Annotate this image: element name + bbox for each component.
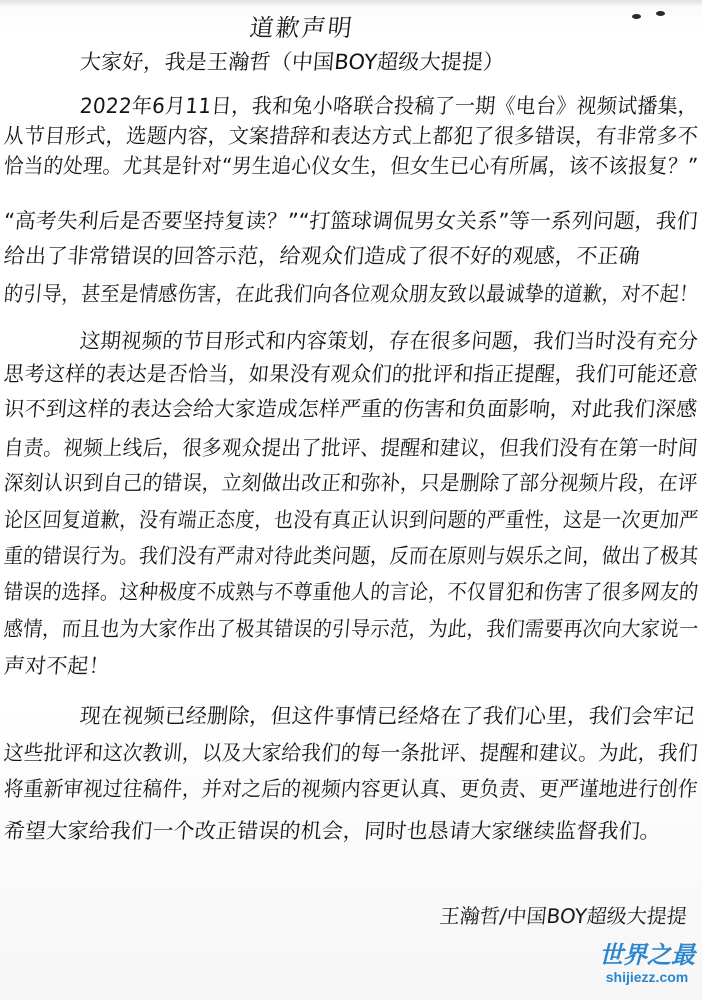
site-watermark: 世界之最 shijiezz.com [592, 942, 702, 986]
letter-line: “高考失利后是否要坚持复读？”“打篮球调侃男女关系”等一系列问题，我们 [3, 205, 699, 235]
letter-line: 错误的选择。这种极度不成熟与不尊重他人的言论，不仅冒犯和伤害了很多网友的 [3, 576, 700, 606]
letter-line: 感情，而且也为大家作出了极其错误的引导示范，为此，我们需要再次向大家说一 [3, 613, 700, 643]
letter-line: 这期视频的节目形式和内容策划，存在很多问题，我们当时没有充分 [79, 325, 700, 355]
letter-line: 从节目形式，选题内容，文案措辞和表达方式上都犯了很多错误，有非常多不 [3, 120, 700, 150]
letter-line: 现在视频已经删除，但这件事情已经烙在了我们心里，我们会牢记 [79, 700, 696, 730]
letter-line: 识不到这样的表达会给大家造成怎样严重的伤害和负面影响，对此我们深感 [3, 393, 699, 423]
letter-line: 给出了非常错误的回答示范，给观众们造成了很不好的观感，不正确 [3, 240, 642, 270]
letter-line: 重的错误行为。我们没有严肃对待此类问题，反而在原则与娱乐之间，做出了极其 [3, 540, 700, 570]
letter-line: 自责。视频上线后，很多观众提出了批评、提醒和建议，但我们没有在第一时间 [3, 432, 699, 462]
handwritten-letter-page: 道歉声明 大家好，我是王瀚哲（中国BOY超级大提提）2022年6月11日，我和兔… [0, 0, 702, 1000]
ink-mark [632, 14, 641, 19]
page-top-shadow [0, 0, 702, 6]
letter-line: 论区回复道歉，没有端正态度，也没有真正认识到问题的严重性，这是一次更加严 [3, 504, 700, 534]
corner-ink-marks [630, 10, 675, 20]
letter-line: 将重新审视过往稿件，并对之后的视频内容更认真、更负责、更严谨地进行创作 [3, 773, 699, 803]
letter-line: 声对不起！ [3, 650, 112, 680]
letter-line: 恰当的处理。尤其是针对“男生追心仪女生，但女生已心有所属，该不该报复？” [3, 150, 700, 180]
signature: 王瀚哲/中国BOY超级大提提 [438, 900, 688, 929]
letter-line: 的引导，甚至是情感伤害，在此我们向各位观众朋友致以最诚挚的道歉，对不起！ [3, 278, 700, 308]
watermark-site-name: 世界之最 [592, 942, 702, 968]
letter-line: 深刻认识到自己的错误，立刻做出改正和弥补，只是删除了部分视频片段，在评 [3, 467, 699, 497]
letter-line: 2022年6月11日，我和兔小咯联合投稿了一期《电台》视频试播集， [79, 90, 700, 120]
letter-line: 大家好，我是王瀚哲（中国BOY超级大提提） [79, 46, 506, 76]
ink-mark [656, 11, 665, 16]
letter-line: 思考这样的表达是否恰当，如果没有观众们的批评和指正提醒，我们可能还意 [3, 358, 700, 388]
letter-title: 道歉声明 [248, 8, 356, 43]
letter-line: 这些批评和这次教训，以及大家给我们的每一条批评、提醒和建议。为此，我们 [3, 737, 699, 767]
letter-line: 希望大家给我们一个改正错误的机会，同时也恳请大家继续监督我们。 [3, 815, 663, 845]
watermark-url: shijiezz.com [592, 968, 702, 986]
